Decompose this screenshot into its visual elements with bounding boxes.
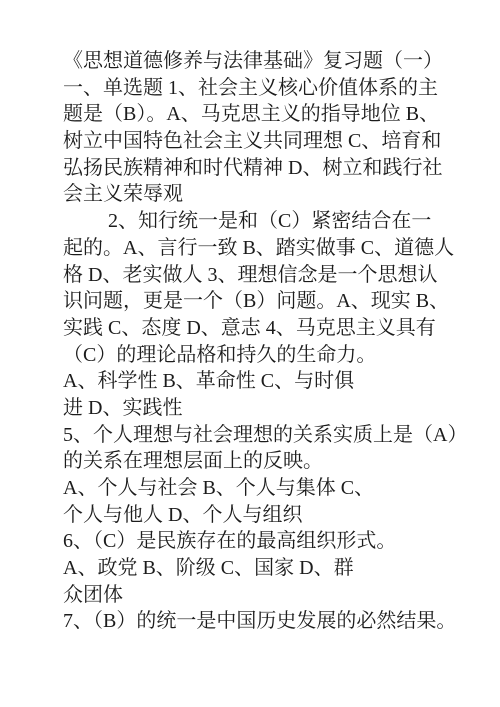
doc-line: 实践 C、态度 D、意志 4、马克思主义具有 [63, 315, 443, 342]
document-page: 《思想道德修养与法律基础》复习题（一） 一、单选题 1、社会主义核心价值体系的主… [0, 0, 500, 707]
doc-line: 会主义荣辱观 [63, 181, 443, 208]
doc-line: 7、（B）的统一是中国历史发展的必然结果。 [63, 608, 443, 635]
doc-line: 识问题，更是一个（B）问题。A、现实 B、 [63, 288, 443, 315]
document-body: 《思想道德修养与法律基础》复习题（一） 一、单选题 1、社会主义核心价值体系的主… [0, 0, 500, 635]
doc-line: 众团体 [63, 582, 443, 609]
doc-line: 的关系在理想层面上的反映。 [63, 448, 443, 475]
doc-line: A、科学性 B、革命性 C、与时俱 [63, 368, 443, 395]
doc-line: 5、个人理想与社会理想的关系实质上是（A） [63, 422, 443, 449]
doc-line: 树立中国特色社会主义共同理想 C、培育和 [63, 128, 443, 155]
doc-line: 6、（C）是民族存在的最高组织形式。 [63, 528, 443, 555]
doc-line: A、个人与社会 B、个人与集体 C、 [63, 475, 443, 502]
doc-line: 个人与他人 D、个人与组织 [63, 502, 443, 529]
doc-title: 《思想道德修养与法律基础》复习题（一） [63, 48, 443, 75]
doc-line: 进 D、实践性 [63, 395, 443, 422]
doc-line: 2、知行统一是和（C）紧密结合在一 [63, 208, 443, 235]
doc-line: A、政党 B、阶级 C、国家 D、群 [63, 555, 443, 582]
doc-line: （C）的理论品格和持久的生命力。 [63, 342, 443, 369]
doc-line: 题是（B）。A、马克思主义的指导地位 B、 [63, 101, 443, 128]
doc-line: 起的。A、言行一致 B、踏实做事 C、道德人 [63, 235, 443, 262]
doc-line: 格 D、老实做人 3、理想信念是一个思想认 [63, 262, 443, 289]
doc-line: 一、单选题 1、社会主义核心价值体系的主 [63, 75, 443, 102]
doc-line: 弘扬民族精神和时代精神 D、树立和践行社 [63, 155, 443, 182]
